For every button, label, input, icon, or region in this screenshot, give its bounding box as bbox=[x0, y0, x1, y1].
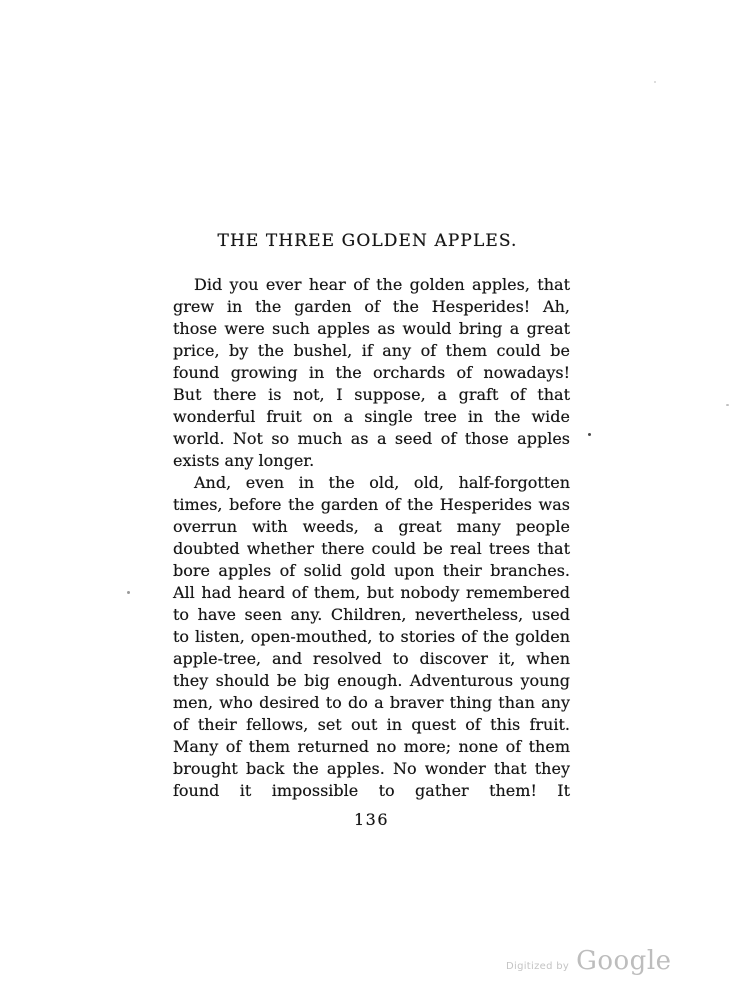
paragraph-2: And, even in the old, old, half-forgotte… bbox=[173, 472, 570, 802]
text-line: All had heard of them, but nobody rememb… bbox=[173, 582, 570, 604]
google-logo: Google bbox=[576, 946, 671, 976]
digitized-by-label: Digitized by bbox=[506, 961, 569, 972]
text-line: exists any longer. bbox=[173, 450, 570, 472]
scan-speck bbox=[127, 591, 130, 594]
text-line: of their fellows, set out in quest of th… bbox=[173, 714, 570, 736]
text-line: world. Not so much as a seed of those ap… bbox=[173, 428, 570, 450]
text-line: to listen, open-mouthed, to stories of t… bbox=[173, 626, 570, 648]
text-line: brought back the apples. No wonder that … bbox=[173, 758, 570, 780]
text-line: But there is not, I suppose, a graft of … bbox=[173, 384, 570, 406]
text-line: found it impossible to gather them! It bbox=[173, 780, 570, 802]
text-line: overrun with weeds, a great many people bbox=[173, 516, 570, 538]
text-line: price, by the bushel, if any of them cou… bbox=[173, 340, 570, 362]
scan-speck bbox=[654, 81, 656, 83]
text-line: bore apples of solid gold upon their bra… bbox=[173, 560, 570, 582]
text-line: wonderful fruit on a single tree in the … bbox=[173, 406, 570, 428]
text-line: Many of them returned no more; none of t… bbox=[173, 736, 570, 758]
page-number: 136 bbox=[173, 810, 570, 829]
scan-speck bbox=[588, 433, 591, 436]
paragraph-1: Did you ever hear of the golden apples, … bbox=[173, 274, 570, 472]
chapter-title: THE THREE GOLDEN APPLES. bbox=[169, 231, 566, 251]
text-line: found growing in the orchards of nowaday… bbox=[173, 362, 570, 384]
text-line: Did you ever hear of the golden apples, … bbox=[173, 274, 570, 296]
text-line: to have seen any. Children, nevertheless… bbox=[173, 604, 570, 626]
digitized-watermark: Digitized by Google bbox=[506, 946, 672, 976]
text-line: doubted whether there could be real tree… bbox=[173, 538, 570, 560]
text-line: times, before the garden of the Hesperid… bbox=[173, 494, 570, 516]
text-line: apple-tree, and resolved to discover it,… bbox=[173, 648, 570, 670]
text-line: And, even in the old, old, half-forgotte… bbox=[173, 472, 570, 494]
scan-speck bbox=[726, 404, 729, 406]
text-line: men, who desired to do a braver thing th… bbox=[173, 692, 570, 714]
book-page: THE THREE GOLDEN APPLES. Did you ever he… bbox=[0, 0, 731, 1000]
text-line: grew in the garden of the Hesperides! Ah… bbox=[173, 296, 570, 318]
text-line: they should be big enough. Adventurous y… bbox=[173, 670, 570, 692]
page-text: Did you ever hear of the golden apples, … bbox=[173, 274, 570, 802]
text-line: those were such apples as would bring a … bbox=[173, 318, 570, 340]
